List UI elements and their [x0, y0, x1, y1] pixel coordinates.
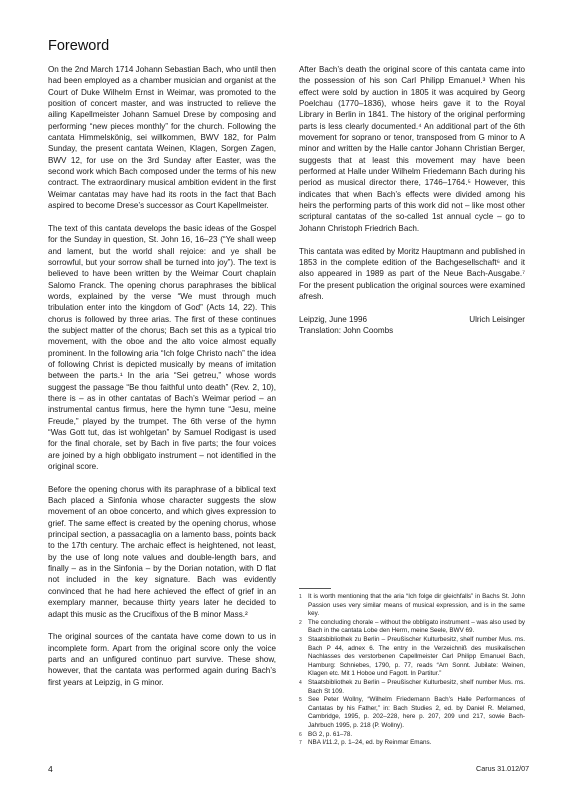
footnote-text: See Peter Wollny, “Wilhelm Friedemann Ba… [308, 696, 525, 730]
footnote-number: 4 [299, 679, 308, 696]
paragraph: Before the opening chorus with its parap… [48, 484, 276, 620]
footnote: 5See Peter Wollny, “Wilhelm Friedemann B… [299, 696, 525, 730]
footnote-text: The concluding chorale – without the obb… [308, 619, 525, 636]
paragraph: The text of this cantata develops the ba… [48, 223, 276, 473]
author: Ulrich Leisinger [469, 314, 525, 325]
catalog-reference: Carus 31.012/07 [476, 764, 529, 773]
page-title: Foreword [48, 38, 109, 54]
footnote-text: BG 2, p. 61–78. [308, 731, 525, 740]
footnote-text: Staatsbibliothek zu Berlin – Preußischer… [308, 679, 525, 696]
footnote: 4Staatsbibliothek zu Berlin – Preußische… [299, 679, 525, 696]
paragraph: This cantata was edited by Moritz Hauptm… [299, 246, 525, 303]
footnotes: 1It is worth mentioning that the aria “I… [299, 588, 525, 748]
footnote-text: Staatsbibliothek zu Berlin – Preußischer… [308, 636, 525, 679]
footnote-text: It is worth mentioning that the aria “Ic… [308, 593, 525, 619]
right-column: After Bach’s death the original score of… [299, 64, 525, 336]
footnote: 7NBA I/11.2, p. 1–24, ed. by Reinmar Ema… [299, 739, 525, 748]
footnote-number: 3 [299, 636, 308, 679]
signature-line: Leipzig, June 1996 Ulrich Leisinger [299, 314, 525, 325]
footnote-number: 2 [299, 619, 308, 636]
footnote-number: 1 [299, 593, 308, 619]
paragraph: On the 2nd March 1714 Johann Sebastian B… [48, 64, 276, 211]
translation-credit: Translation: John Coombs [299, 325, 525, 336]
footnote-divider [299, 588, 331, 589]
footnote: 2The concluding chorale – without the ob… [299, 619, 525, 636]
footnote-number: 6 [299, 731, 308, 740]
footnote: 3Staatsbibliothek zu Berlin – Preußische… [299, 636, 525, 679]
footnote-number: 7 [299, 739, 308, 748]
place-date: Leipzig, June 1996 [299, 314, 367, 325]
page-number: 4 [48, 764, 53, 774]
footnote: 6BG 2, p. 61–78. [299, 731, 525, 740]
paragraph: After Bach’s death the original score of… [299, 64, 525, 234]
footnote: 1It is worth mentioning that the aria “I… [299, 593, 525, 619]
footnote-text: NBA I/11.2, p. 1–24, ed. by Reinmar Eman… [308, 739, 525, 748]
left-column: On the 2nd March 1714 Johann Sebastian B… [48, 64, 276, 699]
paragraph: The original sources of the cantata have… [48, 631, 276, 688]
footnote-number: 5 [299, 696, 308, 730]
